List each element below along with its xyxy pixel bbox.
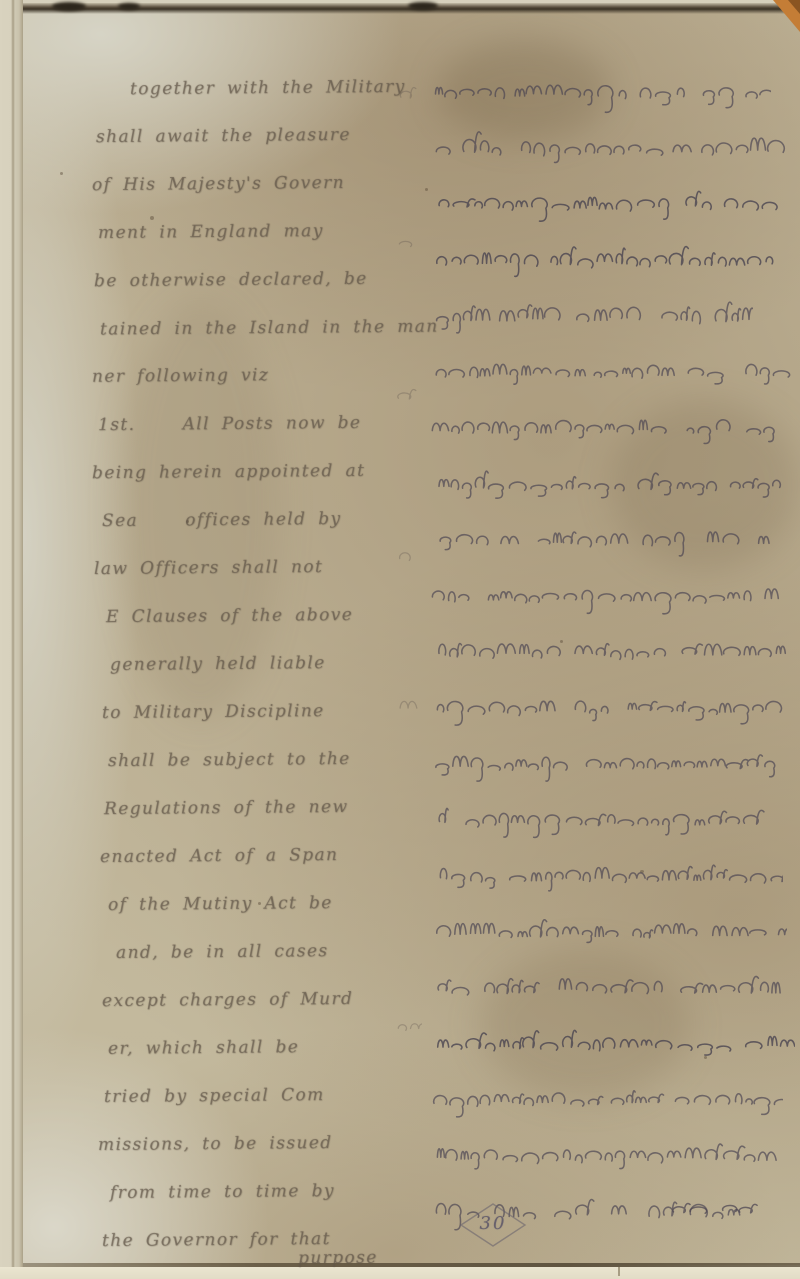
english-line-4: ment in England may [98,221,324,243]
english-line-16: Regulations of the new [104,797,349,819]
english-line-22: tried by special Com [104,1085,325,1107]
bleed-through-mark [396,997,422,1057]
english-line-1: together with the Military [130,77,406,99]
sinhala-line-12 [435,679,789,739]
page-top-edge-blot [118,3,140,10]
page-top-edge-blot [408,2,438,10]
bleed-through-mark [396,525,422,585]
paper-speck [425,188,428,191]
english-line-2: shall await the pleasure [96,125,351,147]
page-number: 30 [459,1202,527,1248]
bleed-through-mark [396,367,422,427]
english-line-23: missions, to be issued [98,1133,333,1155]
sinhala-line-5 [435,287,753,347]
english-line-20: except charges of Murd [102,989,353,1011]
lower-page-mark [618,1267,620,1276]
page-number-diamond: 30 [459,1202,527,1248]
sinhala-line-6 [435,343,791,403]
sinhala-line-11 [435,623,791,683]
english-line-15: shall be subject to the [108,749,351,771]
english-line-14: to Military Discipline [102,701,325,723]
sinhala-line-1 [431,63,771,123]
sinhala-line-13 [431,735,783,795]
paper-speck [60,172,63,175]
english-line-25: the Governor for that [102,1229,331,1251]
lower-page-strip [0,1267,800,1279]
english-line-24: from time to time by [110,1181,335,1203]
english-line-13: generally held liable [110,653,326,675]
bleed-through-mark [396,677,422,737]
sinhala-line-2 [435,119,787,179]
english-line-11: law Officers shall not [94,557,323,579]
sinhala-line-8 [435,455,785,515]
english-line-17: enacted Act of a Span [100,845,339,867]
english-line-21: er, which shall be [108,1037,299,1059]
sinhala-line-7 [431,399,785,459]
english-line-9: being herein appointed at [92,461,365,483]
sinhala-line-18 [435,1015,795,1075]
english-line-18: of the Mutiny Act be [108,893,333,915]
bleed-through-mark [396,64,422,124]
page-top-edge-blot [52,2,86,11]
sinhala-line-9 [435,511,781,571]
english-line-7: ner following viz [92,365,269,387]
manuscript-scan: together with the Militaryshall await th… [0,0,800,1279]
sinhala-line-16 [431,903,787,963]
english-line-10: Sea offices held by [102,509,342,531]
sinhala-line-17 [435,959,785,1019]
paper-speck [150,216,154,220]
english-line-3: of His Majesty's Govern [92,173,345,195]
sinhala-line-14 [435,791,779,851]
english-line-6: tained in the Island in the man [100,317,439,340]
english-line-8: 1st. All Posts now be [98,413,361,435]
sinhala-line-19 [431,1071,783,1131]
binding-seam [0,0,23,1279]
english-line-19: and, be in all cases [116,941,329,963]
catchword-english: purpose [298,1248,378,1269]
catchword-sinhala [672,1180,772,1240]
sinhala-line-20 [435,1127,791,1187]
english-line-5: be otherwise declared, be [94,269,368,291]
bleed-through-mark [396,212,422,272]
sinhala-line-4 [431,231,783,291]
english-line-12: E Clauses of the above [106,605,353,627]
sinhala-line-10 [431,567,783,627]
page-corner-fold-shadow [788,0,800,14]
sinhala-line-15 [435,847,783,907]
sinhala-line-3 [435,175,785,235]
